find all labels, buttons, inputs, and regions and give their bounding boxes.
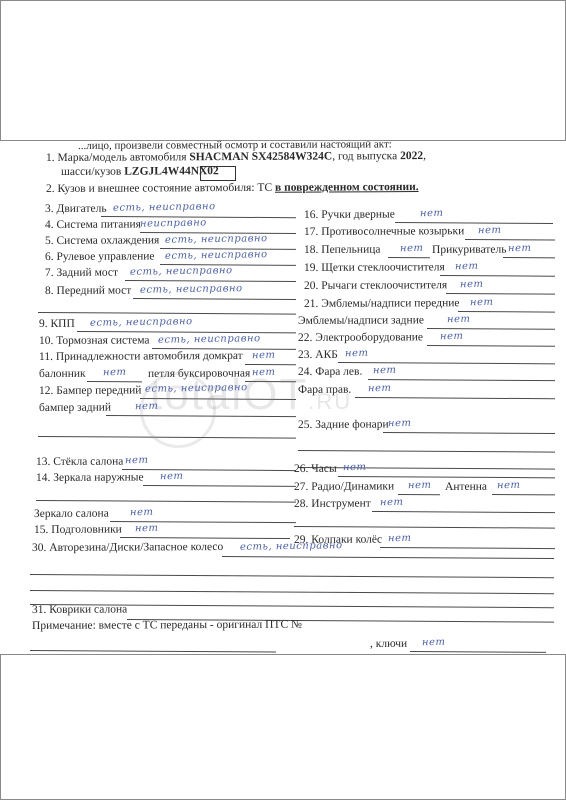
item-1-vin: шасси/кузов LZGJL4W44NX02 bbox=[61, 165, 219, 179]
underline bbox=[410, 651, 546, 653]
field-label: 3. Двигатель bbox=[45, 203, 107, 216]
field-label: 12. Бампер передний bbox=[39, 384, 141, 398]
field-value: нет bbox=[103, 367, 127, 378]
field-label: 28. Инструмент bbox=[294, 498, 371, 511]
field-label: 13. Стёкла салона bbox=[36, 456, 123, 469]
field-value: нет bbox=[508, 243, 532, 254]
field-label: 9. КПП bbox=[39, 318, 75, 331]
field-label: 4. Система питания bbox=[45, 218, 141, 232]
underline bbox=[446, 293, 555, 295]
field-label: бампер задний bbox=[39, 402, 111, 415]
field-value: нет bbox=[455, 261, 479, 272]
field-label: 7. Задний мост bbox=[45, 267, 118, 280]
field-label: 15. Подголовники bbox=[34, 524, 122, 537]
field-value: нет bbox=[420, 208, 444, 219]
underline bbox=[30, 590, 554, 594]
item-1-vehicle: 1. Марка/модель автомобиля SHACMAN SX425… bbox=[46, 150, 426, 165]
keys-label: , ключи bbox=[370, 638, 407, 651]
underline bbox=[440, 275, 555, 277]
field-label: 10. Тормозная система bbox=[39, 334, 150, 348]
field-value: нет bbox=[388, 418, 412, 429]
note-label: Примечание: вместе с ТС переданы - ориги… bbox=[32, 619, 302, 633]
underline bbox=[380, 547, 555, 549]
underline bbox=[125, 280, 296, 282]
field-label: Зеркало салона bbox=[34, 508, 109, 521]
underline bbox=[298, 450, 555, 453]
underline bbox=[77, 331, 296, 333]
field-value: нет bbox=[125, 455, 149, 466]
underline bbox=[395, 222, 553, 224]
field-value: нет bbox=[345, 348, 369, 359]
field-value: нет bbox=[447, 314, 471, 325]
field-value: нет bbox=[373, 365, 397, 376]
underline bbox=[372, 511, 555, 513]
underline bbox=[492, 494, 555, 495]
field-label: балонник bbox=[39, 368, 86, 381]
underline bbox=[122, 469, 296, 471]
underline bbox=[133, 298, 296, 300]
redacted-pts-number bbox=[278, 630, 348, 652]
field-label: Антенна bbox=[445, 481, 487, 494]
watermark: totalOT.RU bbox=[150, 370, 352, 420]
field-label: 11. Принадлежности автомобиля домкрат bbox=[39, 350, 243, 364]
field-value: нет bbox=[470, 297, 494, 308]
field-label: 5. Система охлаждения bbox=[45, 234, 159, 248]
field-value: есть, неисправно bbox=[130, 265, 233, 278]
redacted-header-area bbox=[0, 0, 566, 141]
item-31-label: 31. Коврики салона bbox=[32, 604, 127, 617]
field-value: есть, неисправно bbox=[113, 201, 216, 214]
field-value: нет bbox=[343, 462, 367, 473]
underline bbox=[143, 485, 296, 487]
underline bbox=[355, 397, 555, 399]
field-label: 19. Щетки стеклоочистителя bbox=[304, 261, 445, 275]
field-value: нет bbox=[368, 383, 392, 394]
field-label: 27. Радио/Динамики bbox=[294, 480, 394, 494]
underline bbox=[245, 364, 296, 365]
field-value: нет bbox=[380, 497, 404, 508]
item-30-label: 30. Авторезина/Диски/Запасное колесо bbox=[32, 541, 223, 555]
field-value: есть, неисправно bbox=[165, 249, 268, 262]
field-value: есть, неисправно bbox=[165, 233, 268, 246]
keys-value: нет bbox=[422, 637, 446, 648]
field-value: нет bbox=[478, 225, 502, 236]
field-label: 18. Пепельница bbox=[304, 244, 381, 257]
field-value: нет bbox=[408, 480, 432, 491]
field-label: 25. Задние фонари bbox=[298, 419, 389, 432]
field-label: 16. Ручки дверные bbox=[304, 209, 395, 222]
field-value: нет bbox=[135, 523, 159, 534]
field-label: 26. Часы bbox=[294, 463, 337, 476]
underline bbox=[222, 556, 554, 559]
field-value: нет bbox=[252, 350, 276, 361]
underline bbox=[30, 650, 276, 653]
field-label: 23. АКБ bbox=[298, 349, 338, 362]
underline bbox=[338, 476, 555, 478]
vin-redaction-box bbox=[200, 166, 236, 181]
field-label: 17. Противосолнечные козырьки bbox=[304, 225, 464, 239]
underline bbox=[120, 537, 290, 539]
field-value: нет bbox=[160, 471, 184, 482]
underline bbox=[338, 362, 555, 364]
field-label: 21. Эмблемы/надписи передние bbox=[304, 297, 460, 311]
field-value: есть, неисправно bbox=[140, 283, 243, 296]
field-label: 6. Рулевое управление bbox=[45, 250, 155, 264]
field-value: нет bbox=[130, 507, 154, 518]
underline bbox=[398, 494, 440, 495]
underline bbox=[458, 311, 555, 313]
field-label: 14. Зеркала наружные bbox=[36, 471, 144, 485]
field-label: Прикуриватель bbox=[432, 244, 507, 257]
field-label: 20. Рычаги стеклоочистителя bbox=[304, 279, 447, 293]
field-value: нет bbox=[460, 279, 484, 290]
underline bbox=[294, 526, 555, 529]
field-value: есть, неисправно bbox=[90, 316, 193, 329]
underline bbox=[427, 328, 555, 330]
underline bbox=[383, 432, 555, 434]
field-value: нет bbox=[400, 243, 424, 254]
underline bbox=[87, 381, 142, 382]
underline bbox=[30, 574, 554, 578]
field-value: нет bbox=[440, 331, 464, 342]
underline bbox=[38, 312, 296, 315]
item-30-value: есть, неисправно bbox=[240, 540, 343, 553]
field-label: Эмблемы/надписи задние bbox=[298, 314, 424, 328]
redacted-footer-area bbox=[0, 654, 566, 800]
field-value: нет bbox=[497, 480, 521, 491]
item-2-body: 2. Кузов и внешнее состояние автомобиля:… bbox=[46, 181, 419, 196]
underline bbox=[465, 239, 555, 241]
field-value: неисправно bbox=[140, 217, 207, 229]
field-value: нет bbox=[388, 533, 412, 544]
underline bbox=[503, 257, 555, 258]
underline bbox=[427, 345, 555, 347]
underline bbox=[368, 379, 555, 381]
field-label: 8. Передний мост bbox=[45, 285, 131, 298]
field-value: есть, неисправно bbox=[158, 333, 261, 346]
underline bbox=[36, 500, 296, 503]
field-label: 22. Электрооборудование bbox=[298, 331, 423, 345]
underline bbox=[388, 257, 430, 258]
